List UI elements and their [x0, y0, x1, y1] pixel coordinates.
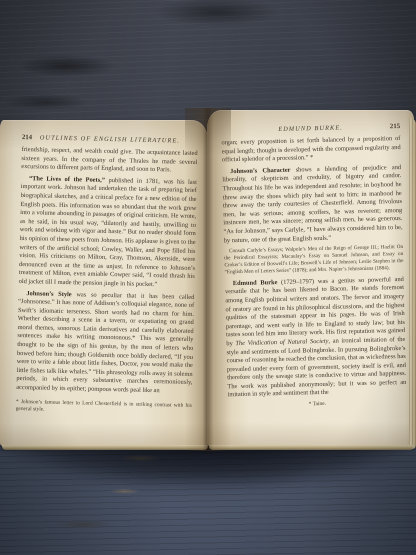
right-page-text-block: EDMUND BURKE. 215 organ; every propositi…	[221, 123, 407, 410]
paragraph-lead: “The Lives of the Poets,”	[29, 175, 105, 184]
left-page-text-block: 214 OUTLINES OF ENGLISH LITERATURE. frie…	[16, 134, 198, 417]
right-paragraph-edmund-burke: Edmund Burke (1729–1797) was a genius so…	[225, 276, 407, 401]
left-page-number: 214	[22, 134, 36, 141]
left-page: 214 OUTLINES OF ENGLISH LITERATURE. frie…	[0, 120, 208, 446]
left-running-title: OUTLINES OF ENGLISH LITERATURE.	[36, 134, 184, 144]
left-paragraph-johnsons-style: Johnson’s Style was so peculiar that it …	[16, 289, 194, 396]
paragraph-text: was so peculiar that it has been called …	[16, 291, 194, 395]
right-page-number: 215	[386, 123, 400, 130]
left-paragraph-continuation: friendship, respect, and wealth could gi…	[21, 146, 198, 176]
right-page-fore-edge	[409, 118, 416, 449]
paragraph-text: published in 1781, was his last importan…	[19, 177, 197, 288]
paragraph-text: friendship, respect, and wealth could gi…	[21, 146, 198, 174]
paragraph-lead: Johnson’s Character	[230, 166, 290, 174]
paragraph-text: shows a blending of prejudice and libera…	[222, 164, 402, 244]
right-page-footnote: * Taine.	[228, 399, 407, 410]
paragraph-text: organ; every proposition is set forth ba…	[221, 135, 400, 164]
right-paragraph-continuation: organ; every proposition is set forth ba…	[221, 135, 401, 165]
right-running-head: EDMUND BURKE. 215	[221, 123, 400, 134]
right-page: EDMUND BURKE. 215 organ; every propositi…	[207, 110, 414, 446]
open-book: 214 OUTLINES OF ENGLISH LITERATURE. frie…	[0, 108, 414, 448]
left-page-footnote: * Johnson’s famous letter to Lord Cheste…	[16, 399, 192, 417]
book-title-italic: The Vindication of Natural Society	[235, 338, 328, 347]
book-photo-scene: 214 OUTLINES OF ENGLISH LITERATURE. frie…	[0, 0, 416, 555]
left-running-head: 214 OUTLINES OF ENGLISH LITERATURE.	[22, 134, 198, 145]
paragraph-lead: Edmund Burke	[233, 279, 278, 287]
right-paragraph-johnsons-character: Johnson’s Character shows a blending of …	[222, 164, 403, 246]
right-page-reference-note: Consult Carlyle’s Essays; Walpole’s Men …	[224, 244, 404, 276]
paragraph-lead: Johnson’s Style	[26, 290, 71, 298]
left-paragraph-lives-of-poets: “The Lives of the Poets,” published in 1…	[19, 175, 197, 291]
right-running-title: EDMUND BURKE.	[235, 123, 386, 134]
